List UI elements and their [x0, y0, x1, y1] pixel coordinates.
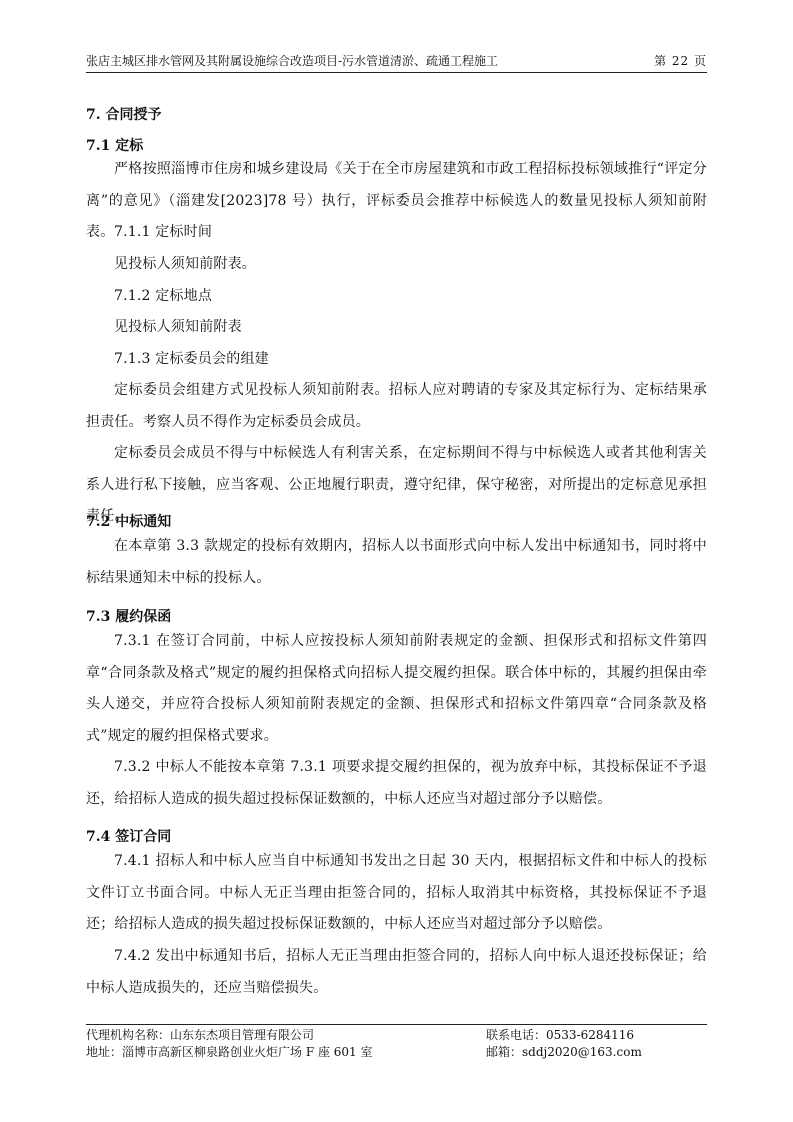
paragraph-7-2: 在本章第 3.3 款规定的投标有效期内，招标人以书面形式向中标人发出中标通知书，…: [86, 531, 707, 594]
page-header: 张店主城区排水管网及其附属设施综合改造项目-污水管道清淤、疏通工程施工 第 22…: [86, 52, 707, 73]
paragraph-7-1-2: 见投标人须知前附表: [86, 312, 735, 344]
section-heading-7-3: 7.3 履约保函: [86, 607, 171, 627]
paragraph-7-3-2: 7.3.2 中标人不能按本章第 7.3.1 项要求提交履约担保的，视为放弃中标，…: [86, 752, 707, 815]
paragraph-7-4-1: 7.4.1 招标人和中标人应当自中标通知书发出之日起 30 天内，根据招标文件和…: [86, 846, 707, 941]
section-heading-7-1: 7.1 定标: [86, 136, 143, 156]
paragraph-7-1-3-a: 定标委员会组建方式见投标人须知前附表。招标人应对聘请的专家及其定标行为、定标结果…: [86, 375, 707, 438]
section-heading-7: 7. 合同授予: [86, 105, 162, 125]
subheading-7-1-3: 7.1.3 定标委员会的组建: [86, 344, 735, 376]
section-heading-7-4: 7.4 签订合同: [86, 827, 171, 847]
subheading-7-1-2: 7.1.2 定标地点: [86, 281, 735, 313]
contact-email: 邮箱：sddj2020@163.com: [486, 1044, 642, 1061]
subheading-7-1-1: 7.1.1 定标时间: [86, 217, 735, 249]
paragraph-7-1-1: 见投标人须知前附表。: [86, 249, 735, 281]
page-footer: 代理机构名称：山东东杰项目管理有限公司 联系电话：0533-6284116 地址…: [86, 1024, 707, 1061]
paragraph-7-1-3-b: 定标委员会成员不得与中标候选人有利害关系，在定标期间不得与中标候选人或者其他利害…: [86, 438, 707, 533]
document-title: 张店主城区排水管网及其附属设施综合改造项目-污水管道清淤、疏通工程施工: [86, 52, 498, 70]
paragraph-7-4-2: 7.4.2 发出中标通知书后，招标人无正当理由拒签合同的，招标人向中标人退还投标…: [86, 941, 707, 1004]
agency-name: 代理机构名称：山东东杰项目管理有限公司: [86, 1027, 314, 1044]
page-number: 第 22 页: [654, 52, 707, 70]
agency-address: 地址：淄博市高新区柳泉路创业火炬广场 F 座 601 室: [86, 1044, 373, 1061]
section-heading-7-2: 7.2 中标通知: [86, 512, 171, 532]
contact-phone: 联系电话：0533-6284116: [486, 1027, 634, 1044]
paragraph-7-3-1: 7.3.1 在签订合同前，中标人应按投标人须知前附表规定的金额、担保形式和招标文…: [86, 626, 707, 752]
